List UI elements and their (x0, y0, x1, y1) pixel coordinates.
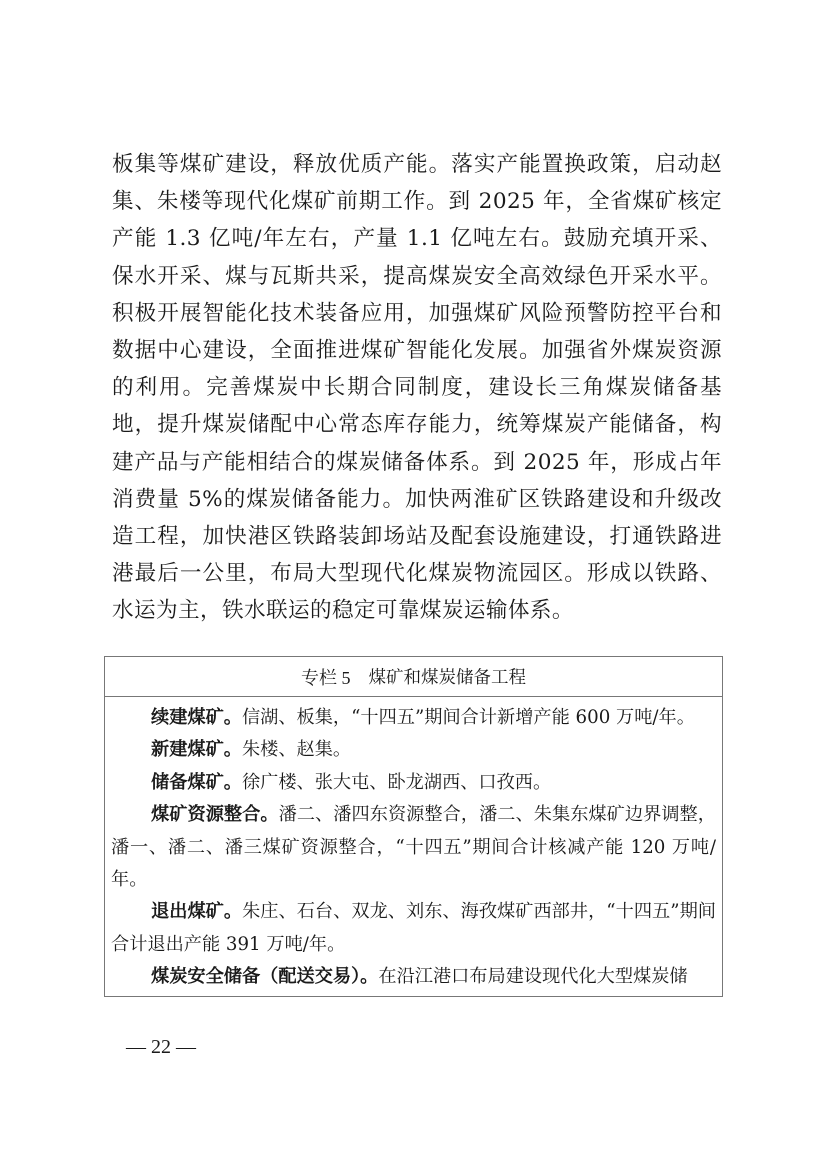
box-item-lead: 煤矿资源整合。 (151, 804, 279, 825)
box-item: 新建煤矿。朱楼、赵集。 (111, 734, 716, 766)
box-item: 续建煤矿。信湖、板集，“十四五”期间合计新增产能 600 万吨/年。 (111, 702, 716, 734)
box-item: 煤矿资源整合。潘二、潘四东资源整合，潘二、朱集东煤矿边界调整，潘一、潘二、潘三煤… (111, 799, 716, 896)
box-item-lead: 退出煤矿。 (151, 901, 242, 922)
box-body: 续建煤矿。信湖、板集，“十四五”期间合计新增产能 600 万吨/年。 新建煤矿。… (105, 697, 722, 994)
box-item: 储备煤矿。徐广楼、张大屯、卧龙湖西、口孜西。 (111, 767, 716, 799)
box-label: 专栏 5 (301, 664, 351, 690)
special-column-box: 专栏 5 煤矿和煤炭储备工程 续建煤矿。信湖、板集，“十四五”期间合计新增产能 … (104, 656, 723, 997)
box-item: 煤炭安全储备（配送交易）。在沿江港口布局建设现代化大型煤炭储 (111, 961, 716, 993)
body-text: 板集等煤矿建设，释放优质产能。落实产能置换政策，启动赵集、朱楼等现代化煤矿前期工… (112, 146, 722, 630)
box-header: 专栏 5 煤矿和煤炭储备工程 (105, 657, 722, 697)
box-title: 煤矿和煤炭储备工程 (369, 664, 527, 689)
document-page: 板集等煤矿建设，释放优质产能。落实产能置换政策，启动赵集、朱楼等现代化煤矿前期工… (0, 0, 826, 1169)
box-item-text: 在沿江港口布局建设现代化大型煤炭储 (378, 966, 687, 987)
box-item-text: 徐广楼、张大屯、卧龙湖西、口孜西。 (242, 772, 551, 793)
box-item: 退出煤矿。朱庄、石台、双龙、刘东、海孜煤矿西部井，“十四五”期间合计退出产能 3… (111, 896, 716, 961)
box-item-lead: 新建煤矿。 (151, 739, 242, 760)
box-item-lead: 储备煤矿。 (151, 772, 242, 793)
box-item-lead: 煤炭安全储备（配送交易）。 (151, 966, 378, 987)
page-number: — 22 — (126, 1036, 196, 1059)
box-item-text: 信湖、板集，“十四五”期间合计新增产能 600 万吨/年。 (242, 707, 695, 728)
box-item-lead: 续建煤矿。 (151, 707, 242, 728)
body-paragraph: 板集等煤矿建设，释放优质产能。落实产能置换政策，启动赵集、朱楼等现代化煤矿前期工… (112, 146, 722, 630)
box-item-text: 朱楼、赵集。 (242, 739, 351, 760)
